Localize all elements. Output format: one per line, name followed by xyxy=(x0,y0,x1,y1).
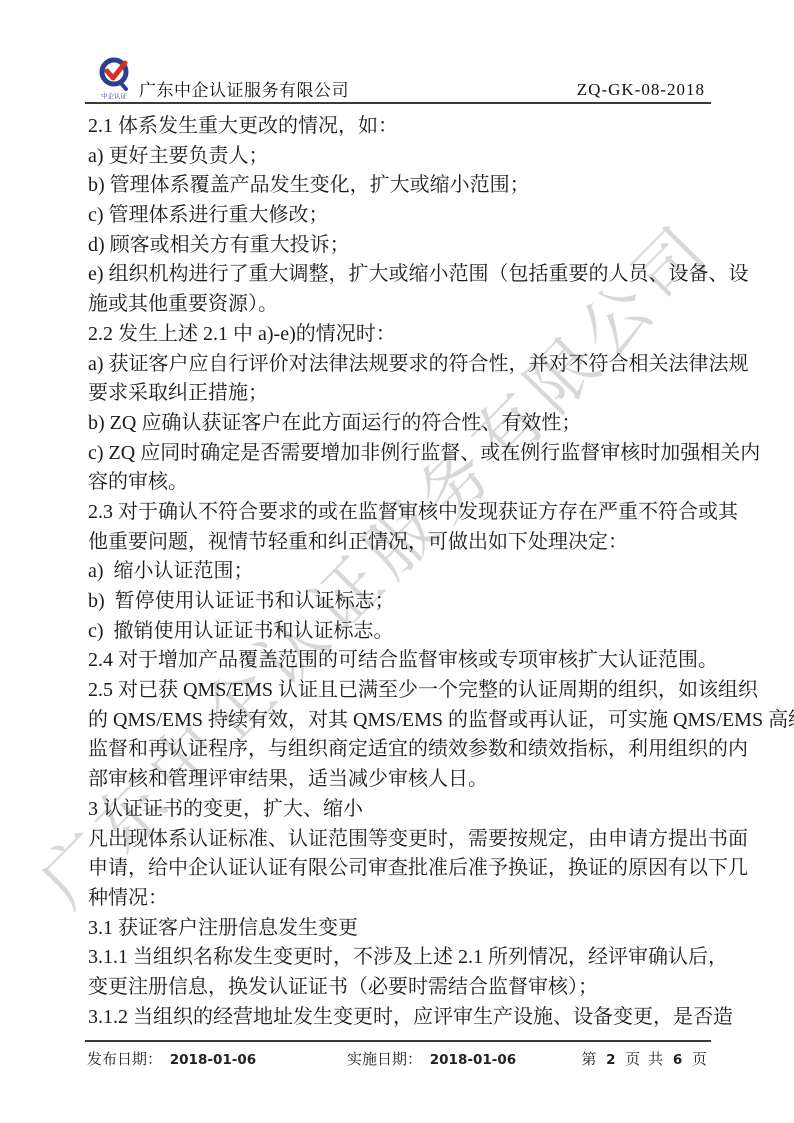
certification-logo-icon: 中企认证 xyxy=(97,56,133,107)
release-date-label: 发布日期： xyxy=(87,1052,162,1068)
body-line: 2.4 对于增加产品覆盖范围的可结合监督审核或专项审核扩大认证范围。 xyxy=(88,646,713,676)
body-line: 变更注册信息，换发认证证书（必要时需结合监督审核）； xyxy=(88,973,713,1003)
body-line: b) 管理体系覆盖产品发生变化，扩大或缩小范围； xyxy=(88,171,713,201)
body-line: 3.1 获证客户注册信息发生变更 xyxy=(88,914,713,944)
document-body: 2.1 体系发生重大更改的情况，如：a) 更好主要负责人；b) 管理体系覆盖产品… xyxy=(88,112,713,1032)
page-indicator-mid: 共 xyxy=(648,1052,665,1068)
release-date: 发布日期： 2018-01-06 xyxy=(87,1048,256,1069)
body-line: 的 QMS/EMS 持续有效，对其 QMS/EMS 的监督或再认证，可实施 QM… xyxy=(88,706,713,736)
body-line: 2.3 对于确认不符合要求的或在监督审核中发现获证方存在严重不符合或其 xyxy=(88,498,713,528)
page-total: 6 xyxy=(673,1052,684,1068)
body-line: 凡出现体系认证标准、认证范围等变更时，需要按规定，由申请方提出书面 xyxy=(88,825,713,855)
body-line: 2.1 体系发生重大更改的情况，如： xyxy=(88,112,713,142)
body-line: 2.5 对已获 QMS/EMS 认证且已满至少一个完整的认证周期的组织，如该组织 xyxy=(88,676,713,706)
implement-date: 实施日期： 2018-01-06 xyxy=(347,1048,516,1069)
body-line: 容的审核。 xyxy=(88,468,713,498)
body-line: 申请，给中企认证认证有限公司审查批准后准予换证，换证的原因有以下几 xyxy=(88,854,713,884)
implement-date-value: 2018-01-06 xyxy=(430,1052,516,1068)
page-indicator-unit: 页 xyxy=(625,1052,642,1068)
body-line: 3 认证证书的变更，扩大、缩小 xyxy=(88,795,713,825)
body-line: 3.1.2 当组织的经营地址发生变更时，应评审生产设施、设备变更，是否造 xyxy=(88,1003,713,1033)
body-line: 3.1.1 当组织名称发生变更时，不涉及上述 2.1 所列情况，经评审确认后， xyxy=(88,943,713,973)
body-line: b) ZQ 应确认获证客户在此方面运行的符合性、有效性； xyxy=(88,409,713,439)
body-line: d) 顾客或相关方有重大投诉； xyxy=(88,231,713,261)
body-line: c) 撤销使用认证证书和认证标志。 xyxy=(88,617,713,647)
body-line: 种情况： xyxy=(88,884,713,914)
body-line: 部审核和管理评审结果，适当减少审核人日。 xyxy=(88,765,713,795)
logo-caption: 中企认证 xyxy=(101,91,128,100)
body-line: a) 更好主要负责人； xyxy=(88,142,713,172)
body-line: e) 组织机构进行了重大调整，扩大或缩小范围（包括重要的人员、设备、设 xyxy=(88,260,713,290)
body-line: 2.2 发生上述 2.1 中 a)-e)的情况时： xyxy=(88,320,713,350)
page-indicator: 第 2 页 共 6 页 xyxy=(581,1048,709,1069)
body-line: b) 暂停使用认证证书和认证标志； xyxy=(88,587,713,617)
page-number: 2 xyxy=(606,1052,617,1068)
document-number: ZQ-GK-08-2018 xyxy=(577,80,705,100)
release-date-value: 2018-01-06 xyxy=(170,1052,256,1068)
body-line: c) 管理体系进行重大修改； xyxy=(88,201,713,231)
body-line: a) 获证客户应自行评价对法律法规要求的符合性，并对不符合相关法律法规 xyxy=(88,350,713,380)
page-footer: 发布日期： 2018-01-06 实施日期： 2018-01-06 第 2 页 … xyxy=(85,1040,711,1074)
body-line: 要求采取纠正措施； xyxy=(88,379,713,409)
company-name: 广东中企认证服务有限公司 xyxy=(139,76,349,101)
document-page: 广东中企认证服务有限公司 中企认证 广东中企认证服务有限公司 ZQ-GK-08-… xyxy=(0,0,794,1123)
page-indicator-unit2: 页 xyxy=(692,1052,709,1068)
body-line: c) ZQ 应同时确定是否需要增加非例行监督、或在例行监督审核时加强相关内 xyxy=(88,439,713,469)
body-line: 施或其他重要资源）。 xyxy=(88,290,713,320)
implement-date-label: 实施日期： xyxy=(347,1052,422,1068)
page-indicator-prefix: 第 xyxy=(581,1052,598,1068)
body-line: 监督和再认证程序，与组织商定适宜的绩效参数和绩效指标，利用组织的内 xyxy=(88,735,713,765)
body-line: 他重要问题，视情节轻重和纠正情况，可做出如下处理决定： xyxy=(88,528,713,558)
body-line: a) 缩小认证范围； xyxy=(88,557,713,587)
page-header: 中企认证 广东中企认证服务有限公司 ZQ-GK-08-2018 xyxy=(85,56,711,104)
